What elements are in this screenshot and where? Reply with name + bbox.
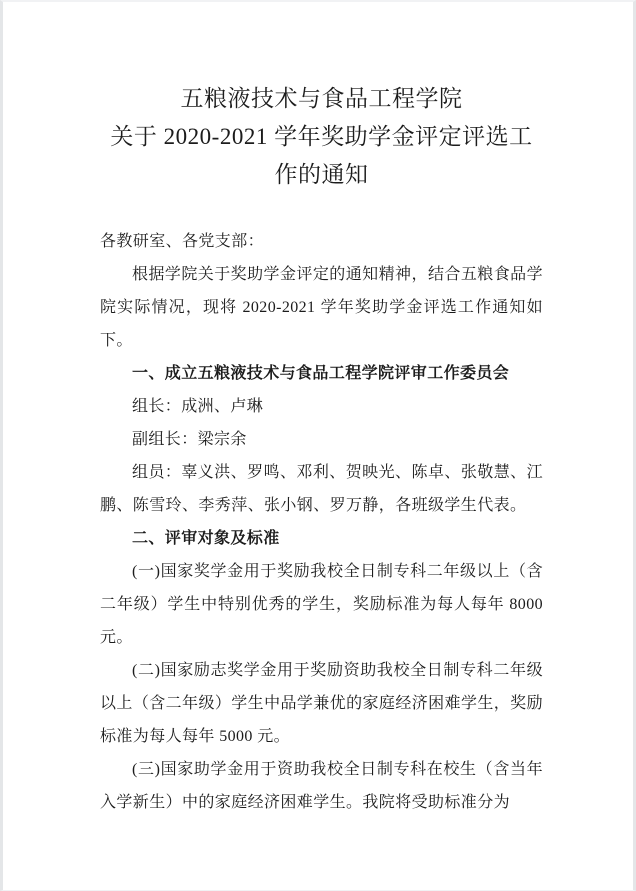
document-body: 各教研室、各党支部： 根据学院关于奖助学金评定的通知精神，结合五粮食品学院实际情… (100, 225, 543, 819)
group-leader-line: 组长：成洲、卢琳 (100, 390, 543, 423)
title-line-2: 关于 2020-2021 学年奖助学金评定评选工 (100, 118, 543, 156)
document-title: 五粮液技术与食品工程学院 关于 2020-2021 学年奖助学金评定评选工 作的… (100, 80, 543, 194)
document-page: 五粮液技术与食品工程学院 关于 2020-2021 学年奖助学金评定评选工 作的… (0, 0, 636, 891)
section-1-heading: 一、成立五粮液技术与食品工程学院评审工作委员会 (100, 357, 543, 390)
item-2-inspirational-scholarship: (二)国家励志奖学金用于奖励资助我校全日制专科二年级以上（含二年级）学生中品学兼… (100, 654, 543, 753)
section-2-heading: 二、评审对象及标准 (100, 522, 543, 555)
deputy-group-leader-line: 副组长：梁宗余 (100, 423, 543, 456)
title-line-3: 作的通知 (100, 156, 543, 194)
salutation: 各教研室、各党支部： (100, 225, 543, 258)
title-line-1: 五粮液技术与食品工程学院 (100, 80, 543, 118)
item-3-national-grant: (三)国家助学金用于资助我校全日制专科在校生（含当年入学新生）中的家庭经济困难学… (100, 753, 543, 819)
intro-paragraph: 根据学院关于奖助学金评定的通知精神，结合五粮食品学院实际情况，现将 2020-2… (100, 258, 543, 357)
document-content: 五粮液技术与食品工程学院 关于 2020-2021 学年奖助学金评定评选工 作的… (100, 80, 543, 819)
group-members-line: 组员：辜义洪、罗鸣、邓利、贺映光、陈卓、张敬慧、江鹏、陈雪玲、李秀萍、张小钢、罗… (100, 456, 543, 522)
item-1-national-scholarship: (一)国家奖学金用于奖励我校全日制专科二年级以上（含二年级）学生中特别优秀的学生… (100, 555, 543, 654)
